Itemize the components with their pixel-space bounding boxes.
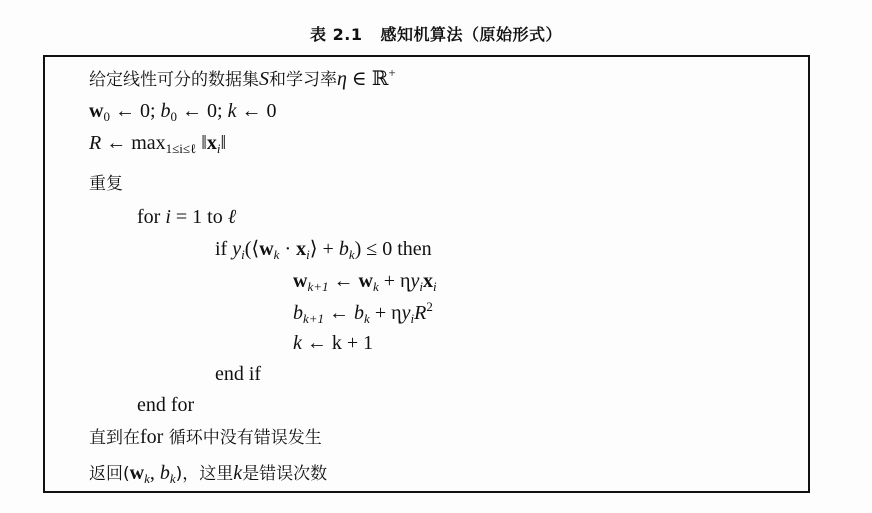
- algo-line-update-b: bk+1 ← bk + ηyiR2: [293, 301, 433, 325]
- algorithm-box: 给定线性可分的数据集S和学习率η ∈ ℝ+ w0 ← 0; b0 ← 0; k …: [43, 55, 810, 493]
- algo-line-increment-k: k ← k + 1: [293, 331, 373, 355]
- algo-line-update-w: wk+1 ← wk + ηyixi: [293, 269, 437, 293]
- table-caption: 表 2.1感知机算法（原始形式）: [0, 22, 872, 45]
- algo-line-repeat: 重复: [89, 171, 123, 196]
- table-number: 表 2.1: [310, 25, 362, 44]
- algo-line-init: w0 ← 0; b0 ← 0; k ← 0: [89, 99, 276, 123]
- algo-line-for: for i = 1 to ℓ: [137, 205, 236, 229]
- algo-line-end-if: end if: [215, 362, 261, 386]
- algo-line-radius: R ← max1≤i≤ℓ ‖xi‖: [89, 131, 226, 155]
- table-title: 感知机算法（原始形式）: [380, 25, 562, 44]
- algo-line-until: 直到在for 循环中没有错误发生: [89, 425, 322, 450]
- algo-line-if: if yi(⟨wk · xi⟩ + bk) ≤ 0 then: [215, 237, 432, 261]
- algo-line-end-for: end for: [137, 393, 194, 417]
- algo-line-return: 返回(wk, bk)，这里k是错误次数: [89, 461, 327, 486]
- algo-line-given: 给定线性可分的数据集S和学习率η ∈ ℝ+: [89, 67, 396, 92]
